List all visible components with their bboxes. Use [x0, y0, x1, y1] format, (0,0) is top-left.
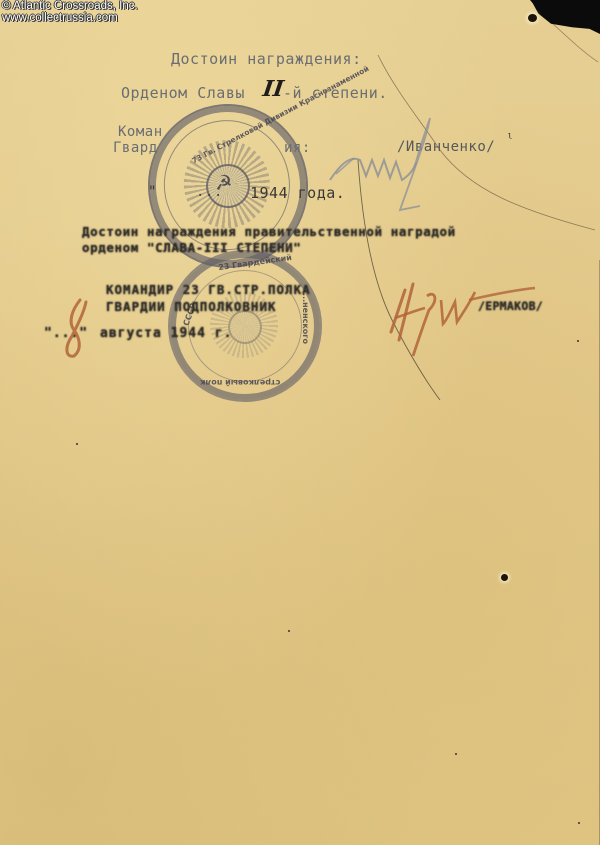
website-text: www.collectrussia.com: [2, 12, 138, 24]
pencil-signature: [310, 110, 450, 224]
handwritten-day: 8: [58, 296, 98, 370]
date-month-obscured: ...: [196, 184, 223, 200]
copyright-text: © Atlantic Crossroads, Inc.: [2, 0, 138, 12]
paper-speck: [577, 340, 579, 342]
award-confirmation-line1: Достоин награждения правительственной на…: [82, 224, 456, 239]
paper-speck: [578, 822, 580, 824]
commander-title-line1: Коман: [118, 124, 163, 140]
date-year: 1944 года.: [250, 184, 345, 202]
signatory-title-line2: ГВАРДИИ ПОДПОЛКОВНИК: [106, 299, 277, 314]
award-line-suffix: -й степени.: [283, 84, 388, 102]
punch-hole: [501, 574, 508, 581]
paper-speck: [455, 753, 457, 755]
punch-hole: [528, 14, 537, 22]
award-line-prefix: Орденом Славы: [121, 84, 245, 102]
paper-speck: [288, 630, 290, 632]
mark-dash: ˡ: [506, 132, 514, 147]
award-heading: Достоин награждения:: [171, 50, 362, 68]
red-pencil-signature: [385, 270, 565, 374]
stamp-text-top: 23 Гвардейский: [218, 253, 293, 272]
stamp-text-bottom: стрелковый полк: [200, 378, 280, 387]
paper-speck: [76, 443, 78, 445]
commander-title-line2: Гвард: [113, 140, 158, 156]
handwritten-degree: II: [261, 76, 285, 102]
copyright-watermark: © Atlantic Crossroads, Inc. www.collectr…: [2, 0, 138, 24]
date-open-quote: ": [148, 184, 157, 200]
signatory-title-line1: КОМАНДИР 23 ГВ.СТР.ПОЛКА: [106, 282, 311, 297]
commander-title-tail: ия:: [284, 140, 311, 156]
stamp-text-right: ...ненского: [301, 293, 310, 344]
fold-line: [0, 0, 600, 845]
date2-month-year: августа 1944 г.: [100, 326, 232, 341]
award-confirmation-line2: орденом "СЛАВА-III СТЕПЕНИ": [82, 240, 301, 255]
